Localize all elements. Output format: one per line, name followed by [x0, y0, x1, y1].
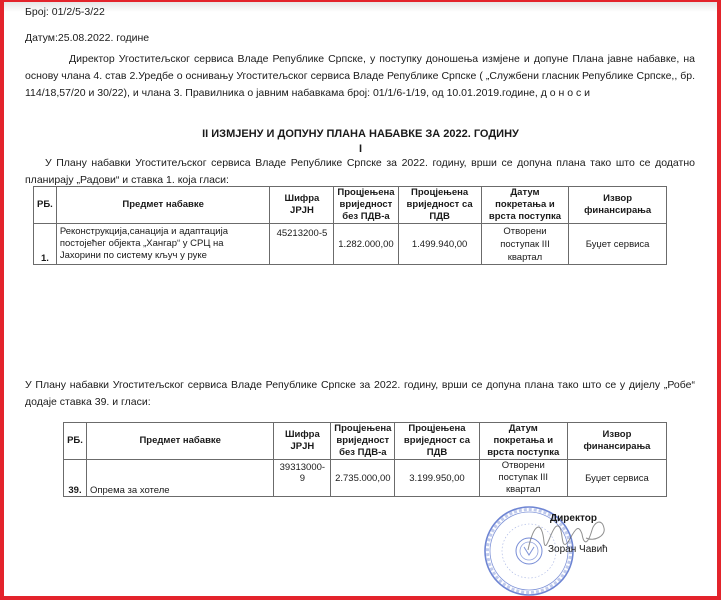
header-subject: Предмет набавке	[56, 187, 270, 224]
cell-procedure: Отворени поступак III квартал	[479, 460, 567, 497]
signatory-role: Директор	[550, 512, 597, 526]
cell-value-with-vat: 1.499.940,00	[398, 224, 481, 265]
cell-subject: Опрема за хотеле	[86, 460, 273, 497]
header-subject: Предмет набавке	[86, 423, 273, 460]
works-table: РБ. Предмет набавке Шифра ЈРЈН Процјењен…	[33, 186, 667, 265]
section1-paragraph: У Плану набавки Угоститељског сервиса Вл…	[25, 155, 695, 189]
goods-table: РБ. Предмет набавке Шифра ЈРЈН Процјењен…	[63, 422, 667, 497]
cell-procedure: Отворени поступак III квартал	[481, 224, 569, 265]
table-header-row: РБ. Предмет набавке Шифра ЈРЈН Процјењен…	[64, 423, 667, 460]
header-funding: Извор финансирања	[567, 423, 666, 460]
table-row: 39. Опрема за хотеле 39313000-9 2.735.00…	[64, 460, 667, 497]
cell-subject: Реконструкција,санација и адаптација пос…	[56, 224, 270, 265]
header-value-without-vat: Процјењена вриједност без ПДВ-а	[331, 423, 395, 460]
header-rb: РБ.	[64, 423, 87, 460]
header-rb: РБ.	[34, 187, 57, 224]
table-header-row: РБ. Предмет набавке Шифра ЈРЈН Процјењен…	[34, 187, 667, 224]
intro-paragraph: Директор Угоститељског сервиса Владе Реп…	[25, 51, 695, 102]
header-procedure: Датум покретања и врста поступка	[479, 423, 567, 460]
cell-rb: 1.	[34, 224, 57, 265]
cell-code: 45213200-5	[270, 224, 334, 265]
header-value-without-vat: Процјењена вриједност без ПДВ-а	[334, 187, 398, 224]
header-value-with-vat: Процјењена вриједност са ПДВ	[398, 187, 481, 224]
header-funding: Извор финансирања	[569, 187, 667, 224]
header-code: Шифра ЈРЈН	[274, 423, 331, 460]
section2-paragraph: У Плану набавки Угоститељског сервиса Вл…	[25, 377, 695, 411]
cell-rb: 39.	[64, 460, 87, 497]
signatory-name: Зоран Чавић	[548, 543, 608, 557]
section-numeral: I	[0, 143, 721, 155]
header-code: Шифра ЈРЈН	[270, 187, 334, 224]
scan-shadow	[4, 2, 717, 12]
cell-funding: Буџет сервиса	[569, 224, 667, 265]
document-date: Датум:25.08.2022. године	[25, 31, 149, 45]
header-procedure: Датум покретања и врста поступка	[481, 187, 569, 224]
cell-value-without-vat: 1.282.000,00	[334, 224, 398, 265]
document-number: Број: 01/2/5-3/22	[25, 5, 105, 19]
cell-funding: Буџет сервиса	[567, 460, 666, 497]
cell-code: 39313000-9	[274, 460, 331, 497]
cell-value-with-vat: 3.199.950,00	[395, 460, 479, 497]
header-value-with-vat: Процјењена вриједност са ПДВ	[395, 423, 479, 460]
cell-value-without-vat: 2.735.000,00	[331, 460, 395, 497]
table-row: 1. Реконструкција,санација и адаптација …	[34, 224, 667, 265]
document-title: II ИЗМЈЕНУ И ДОПУНУ ПЛАНА НАБАВКЕ ЗА 202…	[0, 128, 721, 140]
